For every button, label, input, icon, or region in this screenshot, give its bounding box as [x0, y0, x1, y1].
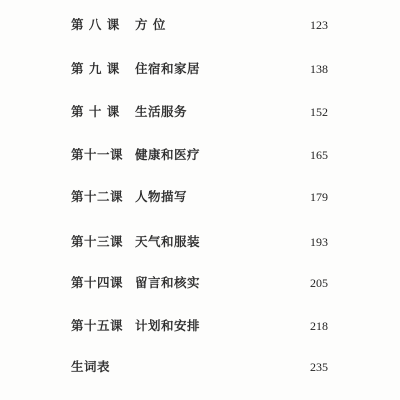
lesson-title: 人物描写	[135, 187, 187, 205]
toc-entry: 第十四课 留言和核实 205	[71, 273, 328, 289]
toc-entry: 第 九 课 住宿和家居 138	[71, 59, 328, 75]
lesson-number: 第十五课	[71, 316, 127, 334]
lesson-number: 第十一课	[71, 145, 127, 163]
lesson-number: 第十三课	[71, 232, 127, 250]
toc-entry: 第十五课 计划和安排 218	[71, 316, 328, 332]
page-number: 138	[310, 62, 328, 77]
lesson-number: 第十四课	[71, 273, 127, 291]
page-number: 193	[310, 235, 328, 250]
page-number: 205	[310, 276, 328, 291]
toc-entry: 第 十 课 生活服务 152	[71, 102, 328, 118]
lesson-number: 生词表	[71, 357, 127, 375]
page-number: 235	[310, 360, 328, 375]
page-number: 123	[310, 18, 328, 33]
toc-entry: 第 八 课 方 位 123	[71, 15, 328, 31]
page-number: 165	[310, 148, 328, 163]
toc-entry: 第十三课 天气和服装 193	[71, 232, 328, 248]
toc-page: 第 八 课 方 位 123 第 九 课 住宿和家居 138 第 十 课 生活服务…	[0, 0, 400, 400]
lesson-title: 方 位	[135, 15, 166, 33]
page-number: 179	[310, 190, 328, 205]
lesson-number: 第 十 课	[71, 102, 127, 120]
lesson-title: 计划和安排	[135, 316, 200, 334]
lesson-title: 天气和服装	[135, 232, 200, 250]
lesson-title: 健康和医疗	[135, 145, 200, 163]
lesson-title: 住宿和家居	[135, 59, 200, 77]
page-number: 218	[310, 319, 328, 334]
toc-entry: 第十二课 人物描写 179	[71, 187, 328, 203]
lesson-title: 留言和核实	[135, 273, 200, 291]
page-number: 152	[310, 105, 328, 120]
lesson-title: 生活服务	[135, 102, 187, 120]
toc-entry: 第十一课 健康和医疗 165	[71, 145, 328, 161]
lesson-number: 第十二课	[71, 187, 127, 205]
lesson-number: 第 九 课	[71, 59, 127, 77]
toc-entry: 生词表 235	[71, 357, 328, 373]
lesson-number: 第 八 课	[71, 15, 127, 33]
